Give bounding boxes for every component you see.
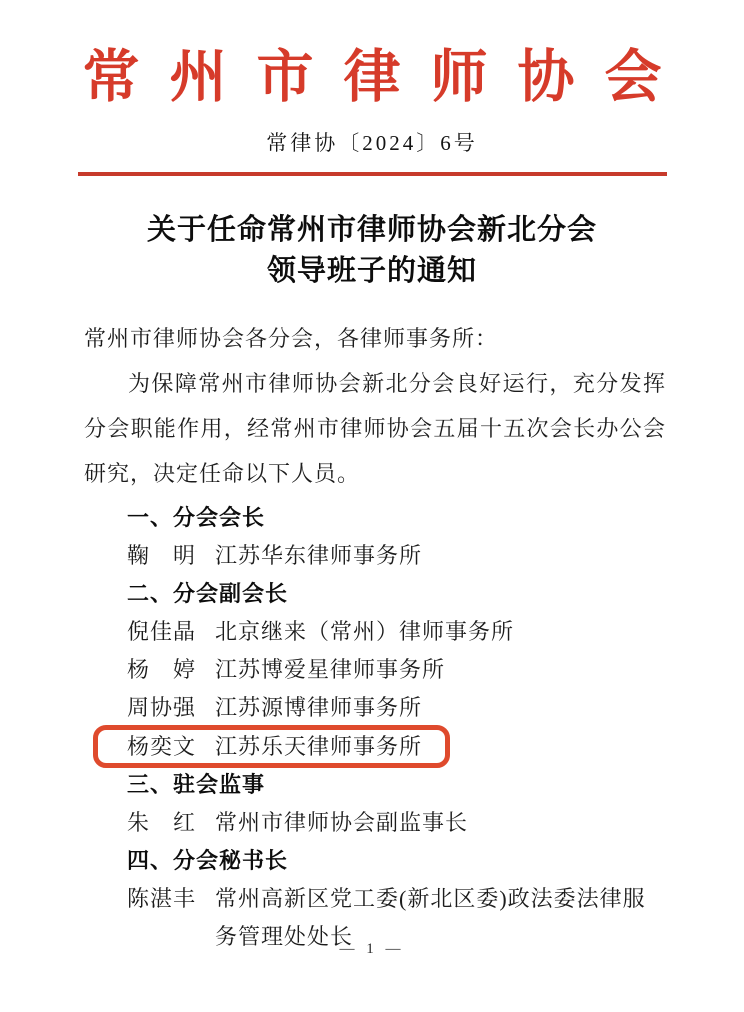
section-heading-secretary-general: 四、分会秘书长 [84,842,666,880]
document-number: 常律协〔2024〕6号 [0,130,744,156]
appointment-entry: 鞠 明 江苏华东律师事务所 [84,537,666,575]
salutation-line: 常州市律师协会各分会，各律师事务所： [84,316,666,361]
appointee-name: 鞠 明 [127,537,215,575]
appointment-entry: 杨 婷 江苏博爱星律师事务所 [84,651,666,689]
highlighted-appointment-entry: 杨奕文 江苏乐天律师事务所 [98,730,445,763]
page-number: — 1 — [0,941,744,958]
appointee-name: 周协强 [127,689,215,727]
appointee-affiliation: 江苏乐天律师事务所 [215,730,445,763]
appointee-affiliation: 常州市律师协会副监事长 [215,804,666,842]
letterhead-org-title: 常州市律师协会 [0,0,744,110]
appointee-affiliation: 江苏源博律师事务所 [215,689,666,727]
appointment-entry: 周协强 江苏源博律师事务所 [84,689,666,727]
section-heading-vice-chairmen: 二、分会副会长 [84,575,666,613]
appointment-entry: 倪佳晶 北京继来（常州）律师事务所 [84,613,666,651]
appointee-affiliation: 江苏华东律师事务所 [215,537,666,575]
appointee-affiliation: 北京继来（常州）律师事务所 [215,613,666,651]
section-heading-chairman: 一、分会会长 [84,499,666,537]
notice-title-line1: 关于任命常州市律师协会新北分会 [147,214,597,246]
appointee-name: 倪佳晶 [127,613,215,651]
section-heading-resident-supervisor: 三、驻会监事 [84,766,666,804]
notice-title-line2: 领导班子的通知 [267,255,477,287]
highlight-annotation-box: 杨奕文 江苏乐天律师事务所 [93,725,450,768]
appointee-affiliation: 江苏博爱星律师事务所 [215,651,666,689]
appointment-entry: 朱 红 常州市律师协会副监事长 [84,804,666,842]
notice-title: 关于任命常州市律师协会新北分会 领导班子的通知 [0,210,744,292]
notice-document-page: 常州市律师协会 常律协〔2024〕6号 关于任命常州市律师协会新北分会 领导班子… [0,0,744,1012]
document-body: 常州市律师协会各分会，各律师事务所： 为保障常州市律师协会新北分会良好运行，充分… [84,316,666,956]
appointee-name: 杨奕文 [127,730,215,763]
appointee-name: 朱 红 [127,804,215,842]
intro-paragraph: 为保障常州市律师协会新北分会良好运行，充分发挥分会职能作用，经常州市律师协会五届… [84,361,666,496]
appointee-name: 杨 婷 [127,651,215,689]
letterhead-divider-rule [78,172,667,176]
appointments-list: 一、分会会长 鞠 明 江苏华东律师事务所 二、分会副会长 倪佳晶 北京继来（常州… [84,499,666,956]
